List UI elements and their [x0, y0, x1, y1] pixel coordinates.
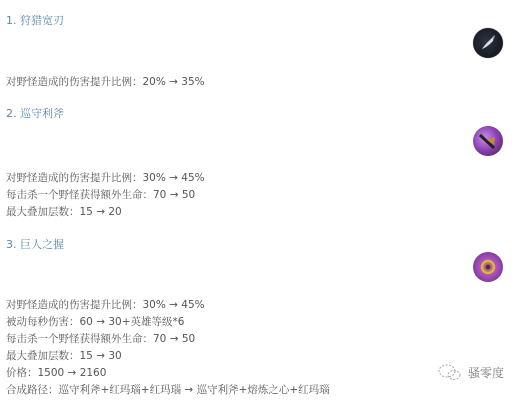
item-2-line-2: 每击杀一个野怪获得额外生命：70 → 50: [6, 187, 195, 202]
item-3-line-4: 最大叠加层数：15 → 30: [6, 348, 122, 363]
item-3-line-6: 合成路径：巡守利斧+红玛瑙+红玛瑙 → 巡守利斧+熔炼之心+红玛瑙: [6, 382, 330, 397]
watermark: 骚零度: [438, 363, 504, 381]
item-3-line-1: 对野怪造成的伤害提升比例：30% → 45%: [6, 297, 205, 312]
item-3-line-2: 被动每秒伤害：60 → 30+英雄等级*6: [6, 314, 184, 329]
wechat-icon: [438, 363, 462, 381]
item-3-line-3: 每击杀一个野怪获得额外生命：70 → 50: [6, 331, 195, 346]
item-3-line-5: 价格：1500 → 2160: [6, 365, 106, 380]
item-1-title: 1. 狩猎宽刃: [6, 12, 64, 28]
giant-grip-item-icon: [473, 252, 503, 282]
watermark-text: 骚零度: [468, 364, 504, 381]
item-2-title: 2. 巡守利斧: [6, 105, 64, 121]
item-2-line-3: 最大叠加层数：15 → 20: [6, 204, 122, 219]
axe-item-icon: [473, 126, 503, 156]
item-1-line-1: 对野怪造成的伤害提升比例：20% → 35%: [6, 74, 205, 89]
item-2-line-1: 对野怪造成的伤害提升比例：30% → 45%: [6, 170, 205, 185]
item-3-title: 3. 巨人之握: [6, 236, 64, 252]
blade-item-icon: [473, 28, 503, 58]
